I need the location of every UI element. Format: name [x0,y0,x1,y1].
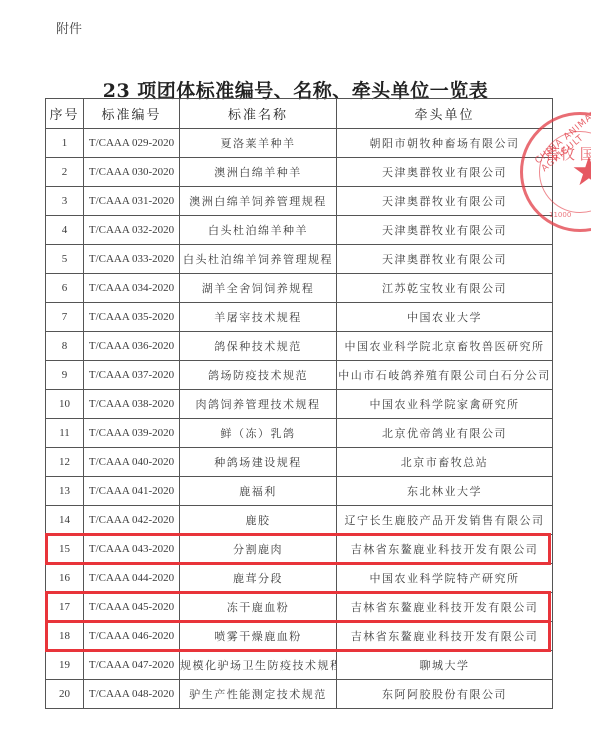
row-number: 7 [46,303,84,332]
standard-code: T/CAAA 041-2020 [84,477,180,506]
lead-unit: 吉林省东鳌鹿业科技开发有限公司 [337,593,553,622]
lead-unit: 北京优帝鸽业有限公司 [337,419,553,448]
row-number: 14 [46,506,84,535]
table-row: 16T/CAAA 044-2020鹿茸分段中国农业科学院特产研究所 [46,564,553,593]
standard-name: 澳洲白绵羊饲养管理规程 [180,187,337,216]
standards-table: 序号 标准编号 标准名称 牵头单位 1T/CAAA 029-2020夏洛莱羊种羊… [45,98,553,709]
lead-unit: 北京市畜牧总站 [337,448,553,477]
standard-code: T/CAAA 044-2020 [84,564,180,593]
standard-code: T/CAAA 047-2020 [84,651,180,680]
lead-unit: 朝阳市朝牧种畜场有限公司 [337,129,553,158]
table-row: 5T/CAAA 033-2020白头杜泊绵羊饲养管理规程天津奥群牧业有限公司 [46,245,553,274]
table-row: 12T/CAAA 040-2020种鸽场建设规程北京市畜牧总站 [46,448,553,477]
lead-unit: 天津奥群牧业有限公司 [337,245,553,274]
standard-name: 鹿福利 [180,477,337,506]
table-row: 15T/CAAA 043-2020分割鹿肉吉林省东鳌鹿业科技开发有限公司 [46,535,553,564]
standard-code: T/CAAA 029-2020 [84,129,180,158]
row-number: 11 [46,419,84,448]
standard-code: T/CAAA 035-2020 [84,303,180,332]
standard-name: 鹿胶 [180,506,337,535]
table-row: 1T/CAAA 029-2020夏洛莱羊种羊朝阳市朝牧种畜场有限公司 [46,129,553,158]
standard-code: T/CAAA 033-2020 [84,245,180,274]
lead-unit: 聊城大学 [337,651,553,680]
row-number: 10 [46,390,84,419]
column-header-unit: 牵头单位 [337,99,553,129]
table-row: 13T/CAAA 041-2020鹿福利东北林业大学 [46,477,553,506]
standard-name: 夏洛莱羊种羊 [180,129,337,158]
table-header-row: 序号 标准编号 标准名称 牵头单位 [46,99,553,129]
table-row: 14T/CAAA 042-2020鹿胶辽宁长生鹿胶产品开发销售有限公司 [46,506,553,535]
lead-unit: 中国农业科学院北京畜牧兽医研究所 [337,332,553,361]
standard-name: 白头杜泊绵羊饲养管理规程 [180,245,337,274]
lead-unit: 东北林业大学 [337,477,553,506]
lead-unit: 中国农业大学 [337,303,553,332]
row-number: 13 [46,477,84,506]
table-row: 8T/CAAA 036-2020鸽保种技术规范中国农业科学院北京畜牧兽医研究所 [46,332,553,361]
table-row: 19T/CAAA 047-2020规模化驴场卫生防疫技术规程聊城大学 [46,651,553,680]
standard-code: T/CAAA 045-2020 [84,593,180,622]
standard-code: T/CAAA 048-2020 [84,680,180,709]
star-icon: ★ [571,149,591,195]
standard-name: 分割鹿肉 [180,535,337,564]
standard-code: T/CAAA 043-2020 [84,535,180,564]
row-number: 3 [46,187,84,216]
table-row: 9T/CAAA 037-2020鸽场防疫技术规范中山市石岐鸽养殖有限公司白石分公… [46,361,553,390]
standard-code: T/CAAA 030-2020 [84,158,180,187]
lead-unit: 天津奥群牧业有限公司 [337,216,553,245]
lead-unit: 中国农业科学院家禽研究所 [337,390,553,419]
row-number: 5 [46,245,84,274]
row-number: 6 [46,274,84,303]
standard-name: 喷雾干燥鹿血粉 [180,622,337,651]
standard-name: 鹿茸分段 [180,564,337,593]
column-header-name: 标准名称 [180,99,337,129]
column-header-code: 标准编号 [84,99,180,129]
table-row: 10T/CAAA 038-2020肉鸽饲养管理技术规程中国农业科学院家禽研究所 [46,390,553,419]
standard-name: 肉鸽饲养管理技术规程 [180,390,337,419]
standard-name: 鸽场防疫技术规范 [180,361,337,390]
standard-name: 驴生产性能测定技术规范 [180,680,337,709]
row-number: 9 [46,361,84,390]
standard-code: T/CAAA 036-2020 [84,332,180,361]
standard-code: T/CAAA 031-2020 [84,187,180,216]
standard-code: T/CAAA 039-2020 [84,419,180,448]
lead-unit: 辽宁长生鹿胶产品开发销售有限公司 [337,506,553,535]
row-number: 15 [46,535,84,564]
lead-unit: 中国农业科学院特产研究所 [337,564,553,593]
standard-name: 湖羊全舍饲饲养规程 [180,274,337,303]
attachment-label: 附件 [56,18,82,37]
lead-unit: 江苏乾宝牧业有限公司 [337,274,553,303]
standard-code: T/CAAA 046-2020 [84,622,180,651]
table-row: 17T/CAAA 045-2020冻干鹿血粉吉林省东鳌鹿业科技开发有限公司 [46,593,553,622]
standard-code: T/CAAA 034-2020 [84,274,180,303]
standard-name: 鸽保种技术规范 [180,332,337,361]
standard-code: T/CAAA 032-2020 [84,216,180,245]
row-number: 8 [46,332,84,361]
table-row: 4T/CAAA 032-2020白头杜泊绵羊种羊天津奥群牧业有限公司 [46,216,553,245]
standard-name: 羊屠宰技术规程 [180,303,337,332]
row-number: 2 [46,158,84,187]
standard-code: T/CAAA 042-2020 [84,506,180,535]
row-number: 20 [46,680,84,709]
row-number: 18 [46,622,84,651]
standard-name: 鲜（冻）乳鸽 [180,419,337,448]
lead-unit: 吉林省东鳌鹿业科技开发有限公司 [337,535,553,564]
row-number: 19 [46,651,84,680]
standard-name: 规模化驴场卫生防疫技术规程 [180,651,337,680]
table-row: 18T/CAAA 046-2020喷雾干燥鹿血粉吉林省东鳌鹿业科技开发有限公司 [46,622,553,651]
lead-unit: 东阿阿胶股份有限公司 [337,680,553,709]
lead-unit: 天津奥群牧业有限公司 [337,187,553,216]
lead-unit: 吉林省东鳌鹿业科技开发有限公司 [337,622,553,651]
row-number: 16 [46,564,84,593]
standard-name: 白头杜泊绵羊种羊 [180,216,337,245]
row-number: 1 [46,129,84,158]
table-row: 3T/CAAA 031-2020澳洲白绵羊饲养管理规程天津奥群牧业有限公司 [46,187,553,216]
row-number: 12 [46,448,84,477]
column-header-no: 序号 [46,99,84,129]
standard-code: T/CAAA 038-2020 [84,390,180,419]
standard-name: 澳洲白绵羊种羊 [180,158,337,187]
row-number: 4 [46,216,84,245]
table-row: 20T/CAAA 048-2020驴生产性能测定技术规范东阿阿胶股份有限公司 [46,680,553,709]
table-row: 6T/CAAA 034-2020湖羊全舍饲饲养规程江苏乾宝牧业有限公司 [46,274,553,303]
table-row: 7T/CAAA 035-2020羊屠宰技术规程中国农业大学 [46,303,553,332]
standard-code: T/CAAA 037-2020 [84,361,180,390]
standard-name: 冻干鹿血粉 [180,593,337,622]
row-number: 17 [46,593,84,622]
lead-unit: 中山市石岐鸽养殖有限公司白石分公司 [337,361,553,390]
table-row: 11T/CAAA 039-2020鲜（冻）乳鸽北京优帝鸽业有限公司 [46,419,553,448]
standard-code: T/CAAA 040-2020 [84,448,180,477]
standard-name: 种鸽场建设规程 [180,448,337,477]
table-row: 2T/CAAA 030-2020澳洲白绵羊种羊天津奥群牧业有限公司 [46,158,553,187]
lead-unit: 天津奥群牧业有限公司 [337,158,553,187]
